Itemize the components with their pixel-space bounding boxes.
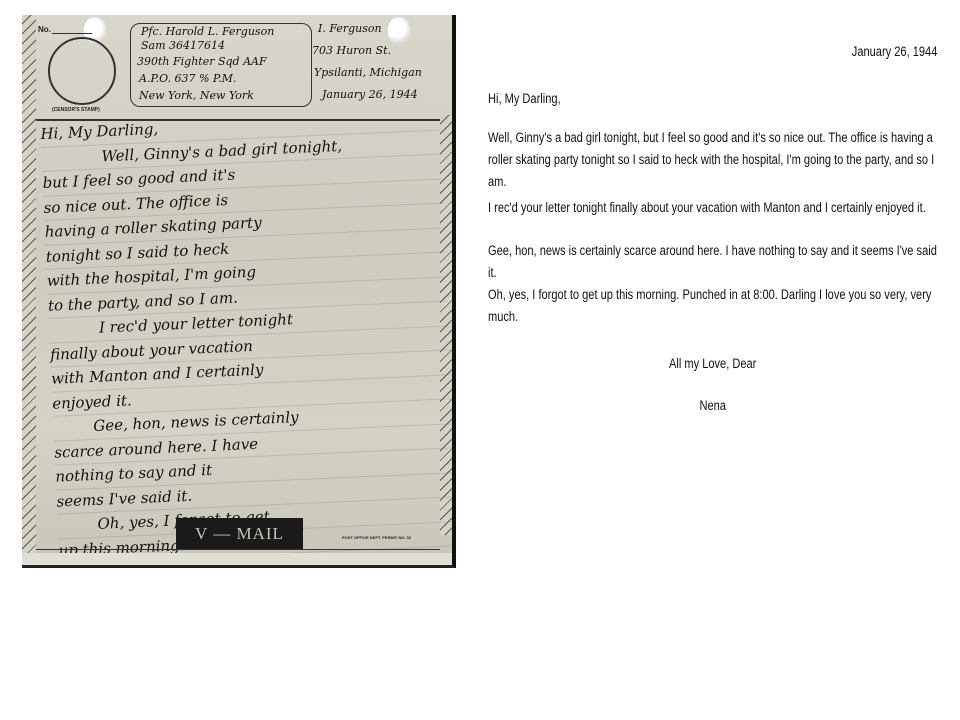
- sender-date: January 26, 1944: [322, 85, 418, 105]
- number-line: [52, 33, 92, 34]
- letter-date: January 26, 1944: [852, 44, 938, 59]
- recipient-line: 390th Fighter Sqd AAF: [137, 54, 267, 70]
- bottom-fold-strip: [22, 553, 452, 568]
- recipient-line: A.P.O. 637 % P.M.: [139, 71, 236, 87]
- letter-paragraph: Oh, yes, I forgot to get up this morning…: [488, 284, 937, 328]
- letter-paragraph: Well, Ginny's a bad girl tonight, but I …: [488, 127, 937, 193]
- sender-name: I. Ferguson: [318, 19, 382, 39]
- letter-paragraph: Gee, hon, news is certainly scarce aroun…: [488, 240, 937, 284]
- letter-closing: All my Love, Dear: [488, 356, 937, 371]
- censor-stamp-circle: [48, 37, 116, 105]
- sender-street: 703 Huron St.: [312, 41, 391, 61]
- censor-stamp-label: (CENSOR'S STAMP): [52, 107, 100, 113]
- permit-text: POST OFFICE DEPT. PERMIT NO. 52: [342, 535, 411, 540]
- recipient-address-box: Pfc. Harold L. Ferguson Sam 36417614 390…: [130, 23, 312, 107]
- footer-divider: [36, 549, 440, 550]
- number-label: No.: [38, 25, 51, 34]
- vmail-badge: V — MAIL: [176, 518, 303, 550]
- tape-mark-right: [388, 17, 410, 45]
- sender-city: Ypsilanti, Michigan: [314, 63, 422, 83]
- hatched-border-left: [22, 15, 36, 565]
- vmail-scan: No. (CENSOR'S STAMP) Pfc. Harold L. Ferg…: [22, 15, 456, 568]
- letter-greeting: Hi, My Darling,: [488, 88, 937, 110]
- recipient-line: New York, New York: [139, 88, 254, 104]
- letter-paragraph: I rec'd your letter tonight finally abou…: [488, 197, 937, 219]
- recipient-line: Sam 36417614: [141, 38, 225, 54]
- handwritten-letter-body: Hi, My Darling, Well, Ginny's a bad girl…: [40, 106, 456, 568]
- letter-signature: Nena: [488, 398, 937, 413]
